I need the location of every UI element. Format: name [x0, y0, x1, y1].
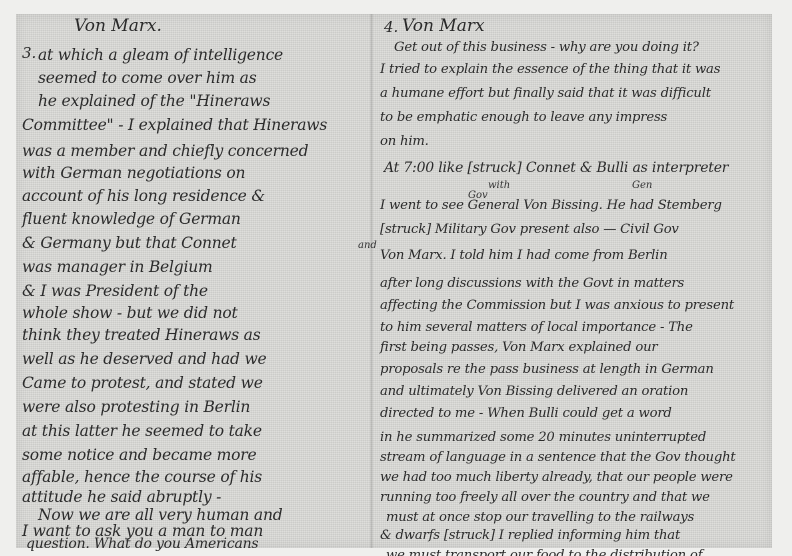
text-line: some notice and became more: [22, 446, 256, 464]
text-line: was a member and chiefly concerned: [22, 142, 308, 160]
text-line: we had too much liberty already, that ou…: [380, 470, 733, 485]
text-line: I tried to explain the essence of the th…: [380, 62, 720, 77]
text-line: on him.: [380, 134, 429, 149]
text-line: with German negotiations on: [22, 164, 245, 182]
text-line: fluent knowledge of German: [22, 210, 241, 228]
text-line: was manager in Belgium: [22, 258, 213, 276]
text-line: account of his long residence &: [22, 187, 265, 205]
text-line: question. What do you Americans: [26, 536, 258, 552]
text-line: seemed to come over him as: [38, 69, 256, 87]
text-line: were also protesting in Berlin: [22, 398, 250, 416]
left-page: 3. Von Marx. at which a gleam of intelli…: [16, 14, 372, 548]
text-line: directed to me - When Bulli could get a …: [380, 406, 672, 421]
text-line: must at once stop our travelling to the …: [386, 510, 694, 525]
text-line: attitude he said abruptly -: [22, 488, 221, 506]
text-line: Came to protest, and stated we: [22, 374, 263, 392]
text-line: after long discussions with the Govt in …: [380, 276, 684, 291]
text-line: whole show - but we did not: [22, 304, 238, 322]
scan-background: 3. Von Marx. at which a gleam of intelli…: [0, 0, 792, 556]
text-line: we must transport our food to the distri…: [386, 548, 702, 556]
text-line: Get out of this business - why are you d…: [394, 40, 699, 55]
interlinear-note: Gen: [632, 180, 652, 191]
text-line: Von Marx. I told him I had come from Ber…: [380, 248, 668, 263]
text-line: to be emphatic enough to leave any impre…: [380, 110, 667, 125]
text-line: running too freely all over the country …: [380, 490, 710, 505]
page-heading: Von Marx: [402, 16, 485, 36]
text-line: and ultimately Von Bissing delivered an …: [380, 384, 688, 399]
text-line: think they treated Hineraws as: [22, 326, 260, 344]
page-number: 4.: [384, 18, 398, 36]
text-line: At 7:00 like [struck] Connet & Bulli as …: [384, 160, 728, 176]
text-line: well as he deserved and had we: [22, 350, 266, 368]
interlinear-note: with: [488, 180, 510, 191]
text-line: first being passes, Von Marx explained o…: [380, 340, 658, 355]
text-line: & I was President of the: [22, 282, 208, 300]
text-line: to him several matters of local importan…: [380, 320, 693, 335]
interlinear-note: and: [358, 240, 377, 251]
text-line: affecting the Commission but I was anxio…: [380, 298, 734, 313]
right-page: 4. Von Marx Get out of this business - w…: [372, 14, 772, 548]
text-line: in he summarized some 20 minutes uninter…: [380, 430, 706, 445]
text-line: he explained of the "Hineraws: [38, 92, 270, 110]
text-line: Committee" - I explained that Hineraws: [22, 116, 327, 134]
text-line: stream of language in a sentence that th…: [380, 450, 735, 465]
text-line: [struck] Military Gov present also — Civ…: [380, 222, 679, 237]
text-line: at this latter he seemed to take: [22, 422, 262, 440]
page-heading: Von Marx.: [74, 16, 162, 36]
page-number: 3.: [22, 44, 36, 62]
text-line: at which a gleam of intelligence: [38, 46, 283, 64]
manuscript-paper: 3. Von Marx. at which a gleam of intelli…: [16, 14, 772, 548]
text-line: & dwarfs [struck] I replied informing hi…: [380, 528, 680, 543]
text-line: affable, hence the course of his: [22, 468, 262, 486]
text-line: I went to see General Von Bissing. He ha…: [380, 198, 722, 213]
text-line: proposals re the pass business at length…: [380, 362, 714, 377]
text-line: & Germany but that Connet: [22, 234, 237, 252]
text-line: a humane effort but finally said that it…: [380, 86, 711, 101]
